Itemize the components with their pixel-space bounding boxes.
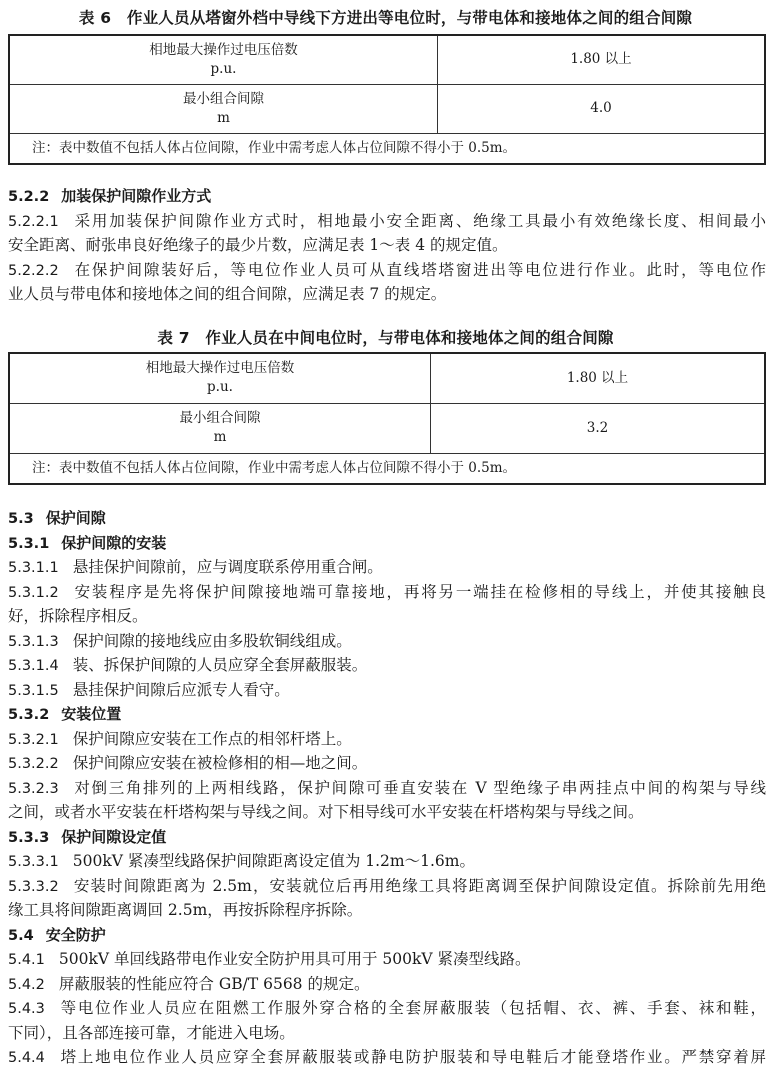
- cell-unit-text: p.u.: [10, 378, 430, 397]
- table-7-caption: 表 7 作业人员在中间电位时，与带电体和接地体之间的组合间隙: [0, 326, 771, 348]
- section-heading: 5.3.2安装位置: [8, 702, 766, 727]
- section-5-2-2: 5.2.2加装保护间隙作业方式 5.2.2.1采用加装保护间隙作业方式时，相地最…: [8, 184, 766, 307]
- paragraph-line: 之间，或者水平安装在杆塔构架与导线之间。对下相导线可水平安装在杆塔构架与导线之间…: [8, 800, 766, 825]
- clause-text: 500kV 单回线路带电作业安全防护用具可用于 500kV 紧凑型线路。: [59, 950, 531, 968]
- clause-text: 采用加装保护间隙作业方式时，相地最小安全距离、绝缘工具最小有效绝缘长度、相间最小: [73, 212, 766, 230]
- clause-text: 保护间隙的接地线应由多股软铜线组成。: [73, 632, 352, 650]
- paragraph-line: 5.4.4塔上地电位作业人员应穿全套屏蔽服装或静电防护服装和导电鞋后才能登塔作业…: [8, 1045, 766, 1070]
- paragraph-line: 安全距离、耐张串良好绝缘子的最少片数，应满足表 1～表 4 的规定值。: [8, 233, 766, 258]
- clause-text: 悬挂保护间隙前，应与调度联系停用重合闸。: [73, 558, 383, 576]
- clause-text: 装、拆保护间隙的人员应穿全套屏蔽服装。: [73, 656, 368, 674]
- table-row: 最小组合间隙 m 3.2: [9, 403, 765, 453]
- clause-text: 保护间隙应安装在被检修相的相—地之间。: [73, 754, 368, 772]
- section-title: 保护间隙的安装: [61, 534, 166, 552]
- section-title: 保护间隙设定值: [61, 828, 166, 846]
- clause-number: 5.3.3.2: [8, 879, 59, 895]
- clause-number: 5.4.4: [8, 1050, 45, 1066]
- paragraph-line: 5.3.1.2安装程序是先将保护间隙接地端可靠接地，再将另一端挂在检修相的导线上…: [8, 580, 766, 605]
- section-number: 5.3: [8, 511, 34, 527]
- cell-label-text: 最小组合间隙: [10, 409, 430, 428]
- section-heading: 5.3保护间隙: [8, 506, 766, 531]
- section-heading: 5.3.3保护间隙设定值: [8, 825, 766, 850]
- clause-text: 之间，或者水平安装在杆塔构架与导线之间。对下相导线可水平安装在杆塔构架与导线之间…: [8, 803, 644, 821]
- table-cell-label: 最小组合间隙 m: [9, 403, 431, 453]
- paragraph-line: 5.4.3等电位作业人员应在阻燃工作服外穿合格的全套屏蔽服装（包括帽、衣、裤、手…: [8, 996, 766, 1021]
- paragraph-line: 好，拆除程序相反。: [8, 604, 766, 629]
- clause-number: 5.4.1: [8, 952, 45, 968]
- clause-text: 屏蔽服装的性能应符合 GB/T 6568 的规定。: [59, 975, 370, 993]
- paragraph-line: 5.3.3.2安装时间隙距离为 2.5m，安装就位后再用绝缘工具将距离调至保护间…: [8, 874, 766, 899]
- cell-label-text: 相地最大操作过电压倍数: [10, 359, 430, 378]
- section-title: 安装位置: [61, 705, 121, 723]
- cell-label-text: 相地最大操作过电压倍数: [10, 41, 437, 60]
- table-row: 相地最大操作过电压倍数 p.u. 1.80 以上: [9, 353, 765, 403]
- section-number: 5.2.2: [8, 189, 49, 205]
- table-cell-label: 最小组合间隙 m: [9, 84, 438, 133]
- paragraph-line: 5.2.2.2在保护间隙装好后，等电位作业人员可从直线塔塔窗进出等电位进行作业。…: [8, 258, 766, 283]
- section-heading: 5.3.1保护间隙的安装: [8, 531, 766, 556]
- table-cell-label: 相地最大操作过电压倍数 p.u.: [9, 35, 438, 84]
- table-row: 最小组合间隙 m 4.0: [9, 84, 765, 133]
- section-number: 5.3.1: [8, 536, 49, 552]
- table-note: 注：表中数值不包括人体占位间隙，作业中需考虑人体占位间隙不得小于 0.5m。: [9, 133, 765, 164]
- cell-unit-text: m: [10, 109, 437, 128]
- clause-number: 5.3.2.3: [8, 781, 59, 797]
- clause-number: 5.4.2: [8, 977, 45, 993]
- clause-text: 下同），且各部连接可靠，才能进入电场。: [8, 1024, 295, 1042]
- paragraph-line: 5.3.2.3对倒三角排列的上两相线路，保护间隙可垂直安装在 V 型绝缘子串两挂…: [8, 776, 766, 801]
- table-cell-value: 3.2: [431, 403, 766, 453]
- section-title: 保护间隙: [46, 509, 106, 527]
- clause-number: 5.3.3.1: [8, 854, 59, 870]
- clause-text: 缘工具将间隙距离调回 2.5m，再按拆除程序拆除。: [8, 901, 362, 919]
- paragraph-line: 5.2.2.1采用加装保护间隙作业方式时，相地最小安全距离、绝缘工具最小有效绝缘…: [8, 209, 766, 234]
- clause-number: 5.3.1.3: [8, 634, 59, 650]
- clause-text: 保护间隙应安装在工作点的相邻杆塔上。: [73, 730, 352, 748]
- clause-text: 悬挂保护间隙后应派专人看守。: [73, 681, 290, 699]
- paragraph-line: 5.3.1.1悬挂保护间隙前，应与调度联系停用重合闸。: [8, 555, 766, 580]
- cell-label-text: 最小组合间隙: [10, 90, 437, 109]
- clause-text: 500kV 紧凑型线路保护间隙距离设定值为 1.2m～1.6m。: [73, 852, 475, 870]
- paragraph-line: 下同），且各部连接可靠，才能进入电场。: [8, 1021, 766, 1046]
- clause-number: 5.3.1.5: [8, 683, 59, 699]
- clause-text: 塔上地电位作业人员应穿全套屏蔽服装或静电防护服装和导电鞋后才能登塔作业。严禁穿着…: [59, 1048, 766, 1066]
- section-number: 5.3.2: [8, 707, 49, 723]
- section-title: 安全防护: [46, 926, 106, 944]
- clause-text: 安装时间隙距离为 2.5m，安装就位后再用绝缘工具将距离调至保护间隙设定值。拆除…: [73, 877, 766, 895]
- table-cell-value: 1.80 以上: [431, 353, 766, 403]
- clause-number: 5.2.2.1: [8, 214, 59, 230]
- paragraph-line: 5.3.2.1保护间隙应安装在工作点的相邻杆塔上。: [8, 727, 766, 752]
- section-number: 5.4: [8, 928, 34, 944]
- clause-text: 对倒三角排列的上两相线路，保护间隙可垂直安装在 V 型绝缘子串两挂点中间的构架与…: [73, 779, 766, 797]
- paragraph-line: 5.3.3.1500kV 紧凑型线路保护间隙距离设定值为 1.2m～1.6m。: [8, 849, 766, 874]
- section-heading: 5.2.2加装保护间隙作业方式: [8, 184, 766, 209]
- clause-number: 5.3.1.4: [8, 658, 59, 674]
- clause-text: 好，拆除程序相反。: [8, 607, 148, 625]
- table-6-caption: 表 6 作业人员从塔窗外档中导线下方进出等电位时，与带电体和接地体之间的组合间隙: [0, 6, 771, 28]
- paragraph-line: 5.4.2屏蔽服装的性能应符合 GB/T 6568 的规定。: [8, 972, 766, 997]
- clause-number: 5.3.1.2: [8, 585, 59, 601]
- cell-unit-text: p.u.: [10, 60, 437, 79]
- paragraph-line: 5.3.1.4装、拆保护间隙的人员应穿全套屏蔽服装。: [8, 653, 766, 678]
- table-cell-value: 1.80 以上: [438, 35, 766, 84]
- table-row: 注：表中数值不包括人体占位间隙，作业中需考虑人体占位间隙不得小于 0.5m。: [9, 133, 765, 164]
- table-7: 相地最大操作过电压倍数 p.u. 1.80 以上 最小组合间隙 m 3.2 注：…: [8, 352, 766, 485]
- table-row: 相地最大操作过电压倍数 p.u. 1.80 以上: [9, 35, 765, 84]
- clause-number: 5.3.2.2: [8, 756, 59, 772]
- table-6: 相地最大操作过电压倍数 p.u. 1.80 以上 最小组合间隙 m 4.0 注：…: [8, 34, 766, 165]
- table-row: 注：表中数值不包括人体占位间隙，作业中需考虑人体占位间隙不得小于 0.5m。: [9, 453, 765, 484]
- section-5-3-5-4: 5.3保护间隙5.3.1保护间隙的安装5.3.1.1悬挂保护间隙前，应与调度联系…: [8, 506, 766, 1070]
- clause-number: 5.2.2.2: [8, 263, 59, 279]
- paragraph-line: 缘工具将间隙距离调回 2.5m，再按拆除程序拆除。: [8, 898, 766, 923]
- clause-text: 安装程序是先将保护间隙接地端可靠接地，再将另一端挂在检修相的导线上，并使其接触良: [73, 583, 766, 601]
- clause-number: 5.4.3: [8, 1001, 45, 1017]
- clause-number: 5.3.1.1: [8, 560, 59, 576]
- section-number: 5.3.3: [8, 830, 49, 846]
- section-heading: 5.4安全防护: [8, 923, 766, 948]
- table-cell-value: 4.0: [438, 84, 766, 133]
- paragraph-line: 业人员与带电体和接地体之间的组合间隙，应满足表 7 的规定。: [8, 282, 766, 307]
- paragraph-line: 5.3.1.3保护间隙的接地线应由多股软铜线组成。: [8, 629, 766, 654]
- paragraph-line: 5.4.1500kV 单回线路带电作业安全防护用具可用于 500kV 紧凑型线路…: [8, 947, 766, 972]
- clause-text: 等电位作业人员应在阻燃工作服外穿合格的全套屏蔽服装（包括帽、衣、裤、手套、袜和鞋…: [59, 999, 766, 1017]
- paragraph-line: 5.3.1.5悬挂保护间隙后应派专人看守。: [8, 678, 766, 703]
- section-title: 加装保护间隙作业方式: [61, 187, 211, 205]
- clause-text: 在保护间隙装好后，等电位作业人员可从直线塔塔窗进出等电位进行作业。此时，等电位作: [73, 261, 766, 279]
- clause-number: 5.3.2.1: [8, 732, 59, 748]
- paragraph-line: 5.3.2.2保护间隙应安装在被检修相的相—地之间。: [8, 751, 766, 776]
- table-note: 注：表中数值不包括人体占位间隙，作业中需考虑人体占位间隙不得小于 0.5m。: [9, 453, 765, 484]
- table-cell-label: 相地最大操作过电压倍数 p.u.: [9, 353, 431, 403]
- cell-unit-text: m: [10, 428, 430, 447]
